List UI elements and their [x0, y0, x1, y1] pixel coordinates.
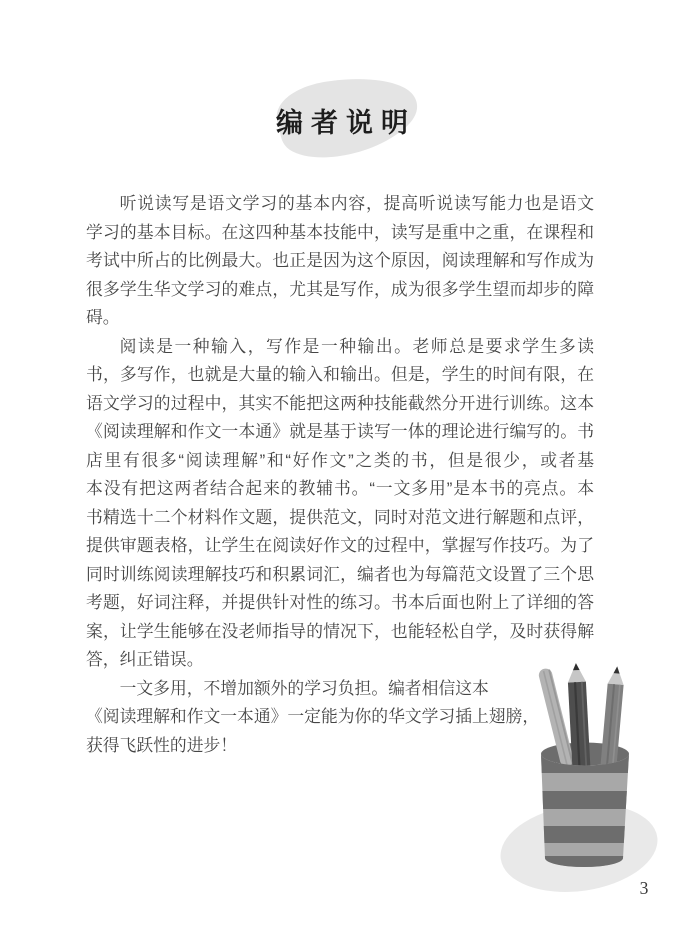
- text-line: 书，多写作，也就是大量的输入和输出。但是，学生的时间有限，在: [86, 361, 594, 390]
- editor-note-header: 编者说明: [256, 72, 428, 168]
- text-line: 听说读写是语文学习的基本内容，提高听说读写能力也是语文: [86, 190, 594, 219]
- text-line: 同时训练阅读理解技巧和积累词汇，编者也为每篇范文设置了三个思: [86, 561, 594, 590]
- text-line: 提供审题表格，让学生在阅读好作文的过程中，掌握写作技巧。为了: [86, 532, 594, 561]
- book-page: 编者说明 听说读写是语文学习的基本内容，提高听说读写能力也是语文 学习的基本目标…: [0, 0, 690, 945]
- text-line: 学习的基本目标。在这四种基本技能中，读写是重中之重，在课程和: [86, 219, 594, 248]
- text-line: 书精选十二个材料作文题，提供范文，同时对范文进行解题和点评，: [86, 504, 594, 533]
- text-line: 案，让学生能够在没老师指导的情况下，也能轻松自学，及时获得解: [86, 618, 594, 647]
- paragraph: 阅读是一种输入，写作是一种输出。老师总是要求学生多读 书，多写作，也就是大量的输…: [86, 333, 594, 675]
- text-line: 语文学习的过程中，其实不能把这两种技能截然分开进行训练。这本: [86, 390, 594, 419]
- text-line: 本没有把这两者结合起来的教辅书。“一文多用”是本书的亮点。本: [86, 475, 594, 504]
- text-line: 考试中所占的比例最大。也正是因为这个原因，阅读理解和写作成为: [86, 247, 594, 276]
- text-line: 阅读是一种输入，写作是一种输出。老师总是要求学生多读: [86, 333, 594, 362]
- text-line: 很多学生华文学习的难点，尤其是写作，成为很多学生望而却步的障: [86, 276, 594, 305]
- page-title: 编者说明: [256, 72, 428, 168]
- pencil-cup-illustration: [495, 650, 680, 895]
- paragraph: 听说读写是语文学习的基本内容，提高听说读写能力也是语文 学习的基本目标。在这四种…: [86, 190, 594, 333]
- text-line: 店里有很多“阅读理解”和“好作文”之类的书，但是很少，或者基: [86, 447, 594, 476]
- text-line: 考题，好词注释，并提供针对性的练习。书本后面也附上了详细的答: [86, 589, 594, 618]
- text-line: 碍。: [86, 304, 594, 333]
- page-number: 3: [630, 878, 658, 899]
- text-line: 《阅读理解和作文一本通》就是基于读写一体的理论进行编写的。书: [86, 418, 594, 447]
